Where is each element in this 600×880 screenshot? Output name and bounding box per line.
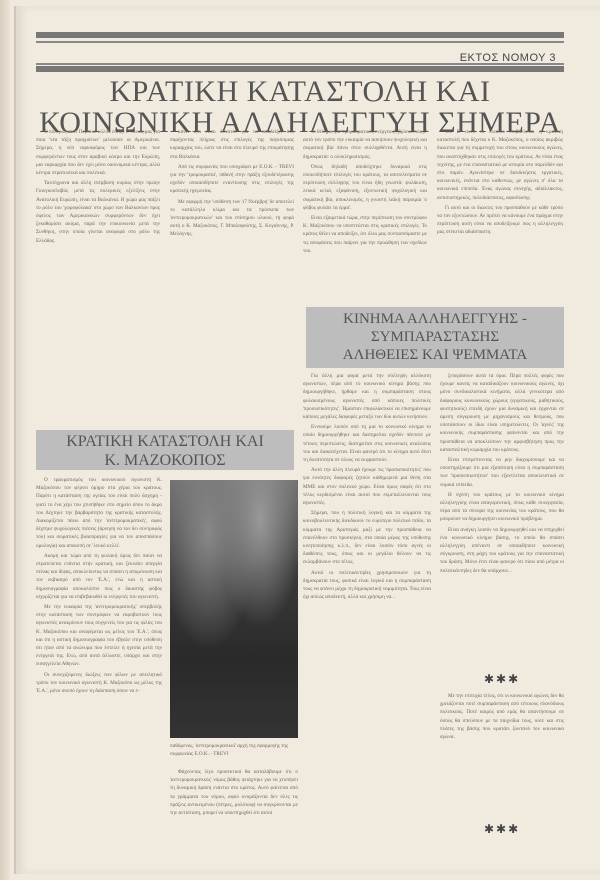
main-article-col3: το θέλημα για 'τρομοκρατικές ενέργειες',…	[303, 128, 427, 288]
mazokopos-headline-line1: ΚΡΑΤΙΚΗ ΚΑΤΑΣΤΟΛΗ ΚΑΙ	[36, 432, 294, 451]
header-rule-top-thin	[36, 41, 564, 43]
mazokopos-article-col1: Ο τραυματισμός του κοινωνικού αγωνιστή Κ…	[36, 476, 162, 846]
solidarity-article-col2: ξεπεράσουν αυτά τα όρια. Πέρα πολλές φορ…	[440, 372, 564, 674]
main-headline-line1: ΚΡΑΤΙΚΗ ΚΑΤΑΣΤΟΛΗ ΚΑΙ	[36, 76, 564, 107]
header-rule-bottom	[36, 66, 564, 72]
police-officers-photo	[170, 480, 298, 738]
main-article-col2: κάνει ό,τι είναι δυνατόν για να αποδείξε…	[170, 128, 294, 418]
solidarity-headline-line1: ΚΙΝΗΜΑ ΑΛΛΗΛΕΓΓΥΗΣ -	[306, 310, 564, 328]
section-divider-stars: ✱✱✱	[484, 672, 520, 686]
page-binding-edge	[0, 0, 10, 880]
header-rule-bottom-thin	[36, 63, 564, 65]
mazokopos-article-col2: Φάχνοντας λίγο προσεκτικά θα καταλάβουμε…	[170, 768, 298, 848]
mazokopos-headline-box: ΚΡΑΤΙΚΗ ΚΑΤΑΣΤΟΛΗ ΚΑΙ Κ. ΜΑΖΟΚΟΠΟΣ	[36, 430, 294, 470]
main-article-col4: νει. Σ' αυτό το πλαίσιο επιβάλλεται η κρ…	[437, 128, 563, 288]
mazokopos-headline-line2: Κ. ΜΑΖΟΚΟΠΟΣ	[36, 451, 294, 470]
solidarity-headline-line3: ΑΛΗΘΕΙΕΣ ΚΑΙ ΨΕΜΜΑΤΑ	[306, 346, 564, 364]
header-rule-top	[36, 32, 564, 38]
solidarity-headline-line2: ΣΥΜΠΑΡΑΣΤΑΣΗΣ	[306, 328, 564, 346]
main-article-col1: Ο πόλεμος στον Περσικό κόλπο έδειξε σ' ό…	[36, 128, 160, 418]
photo-caption: παθόμενος, 'αντιτρομοκρατικοί' αρχή της …	[170, 742, 298, 758]
solidarity-article-col2-continued: Με την επιτυχία τέλος, ότι οι κοινωνικοί…	[440, 692, 564, 782]
end-divider-stars: ✱✱✱	[484, 822, 520, 836]
solidarity-headline-box: ΚΙΝΗΜΑ ΑΛΛΗΛΕΓΓΥΗΣ - ΣΥΜΠΑΡΑΣΤΑΣΗΣ ΑΛΗΘΕ…	[306, 307, 564, 368]
solidarity-article-col1: Για άλλη μια φορά μετά την σύλληψη αλλόκ…	[303, 372, 431, 848]
